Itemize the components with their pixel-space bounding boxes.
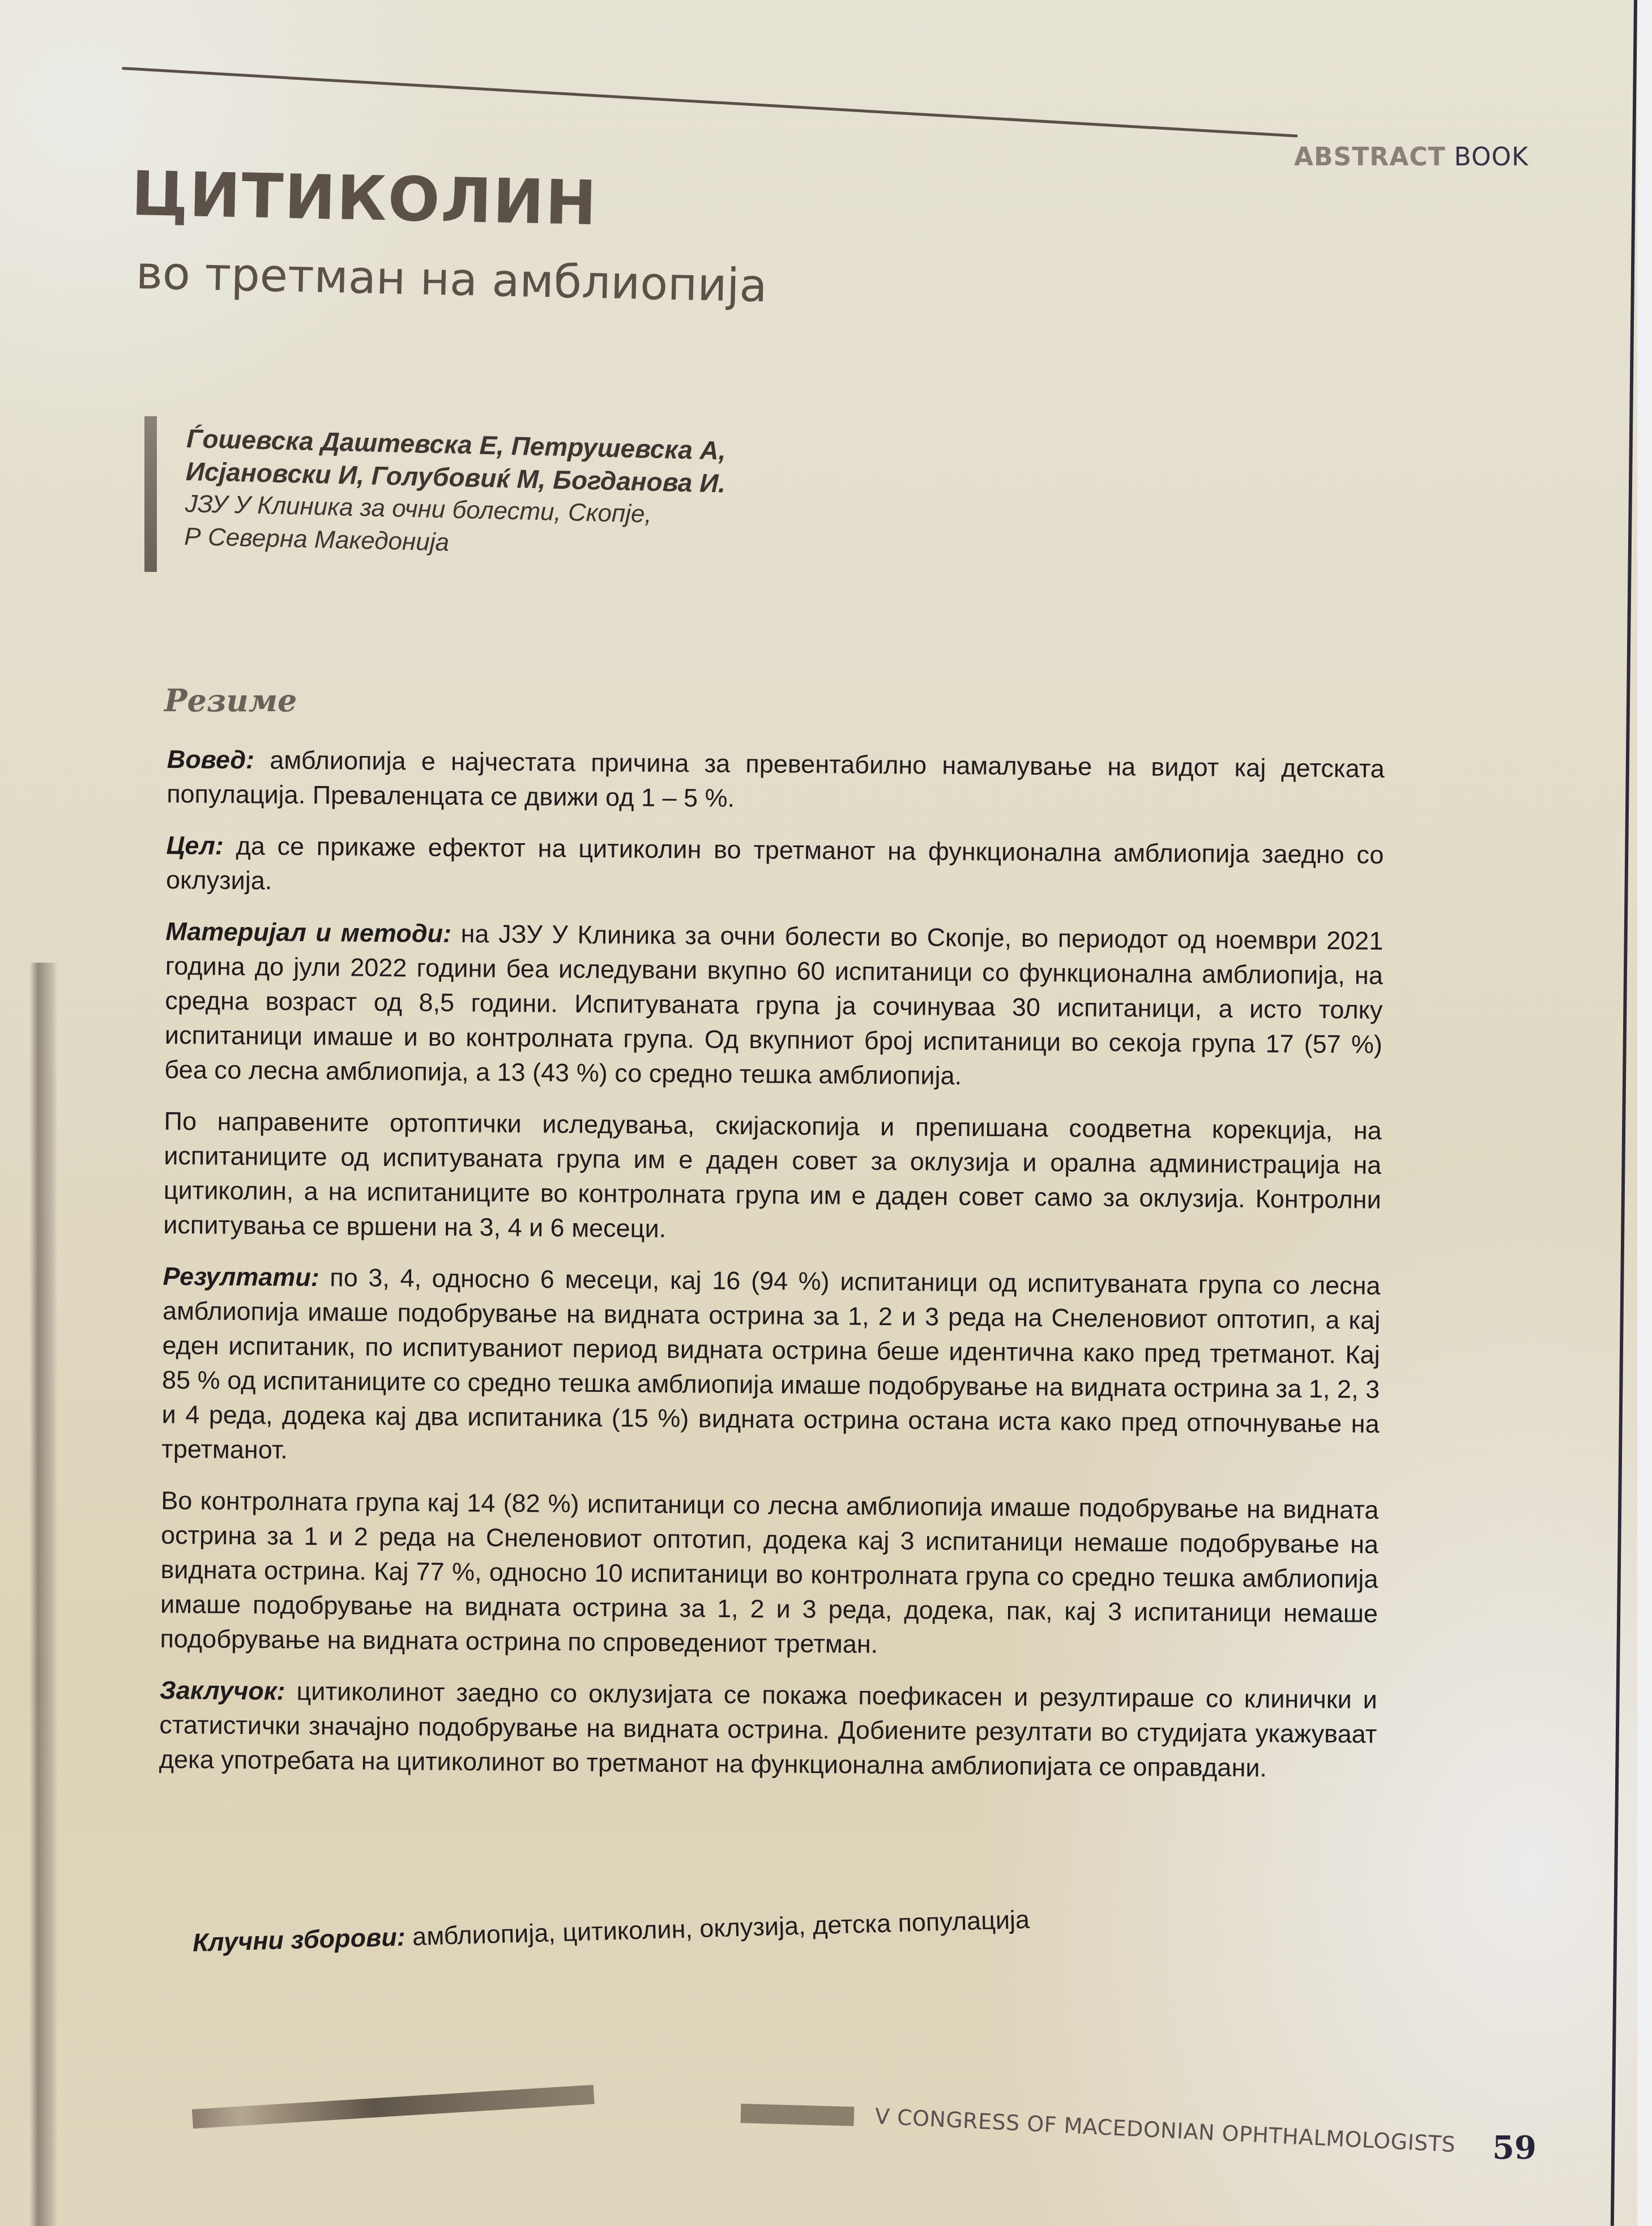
- footer-decor-band-right: [741, 2104, 855, 2126]
- adjacent-page-edge: [1637, 0, 1652, 2226]
- running-head-accent: ABSTRACT: [1294, 143, 1446, 172]
- paragraph-introduction: Вовед: амблиопија е најчестата причина з…: [167, 742, 1385, 821]
- paragraph-methods: Материјал и методи: на ЈЗУ У Клиника за …: [164, 914, 1383, 1096]
- paragraph-results: Резултати: по 3, 4, односно 6 месеци, ка…: [161, 1259, 1381, 1476]
- paragraph-methods-continued: По направените ортоптички иследувања, ск…: [163, 1104, 1382, 1251]
- article-title: ЦИТИКОЛИН: [131, 159, 599, 239]
- paragraph-aim: Цел: да се прикаже ефектот на цитиколин …: [166, 828, 1384, 907]
- page-number: 59: [1492, 2129, 1536, 2167]
- author-block: Ѓошевска Даштевска Е, Петрушевска А, Исј…: [184, 422, 727, 566]
- author-accent-bar: [144, 416, 157, 572]
- paragraph-conclusion: Заклучок: цитиколинот заедно со оклузија…: [159, 1673, 1377, 1786]
- abstract-body: Вовед: амблиопија е најчестата причина з…: [159, 742, 1385, 1803]
- keywords-label: Клучни зборови:: [192, 1922, 405, 1957]
- running-head: ABSTRACT BOOK: [1294, 143, 1529, 172]
- running-head-plain: BOOK: [1446, 143, 1529, 172]
- paragraph-results-control: Во контролната група кај 14 (82 %) испит…: [160, 1483, 1378, 1665]
- abstract-heading: Резиме: [164, 682, 297, 719]
- binding-shadow: [29, 963, 58, 2226]
